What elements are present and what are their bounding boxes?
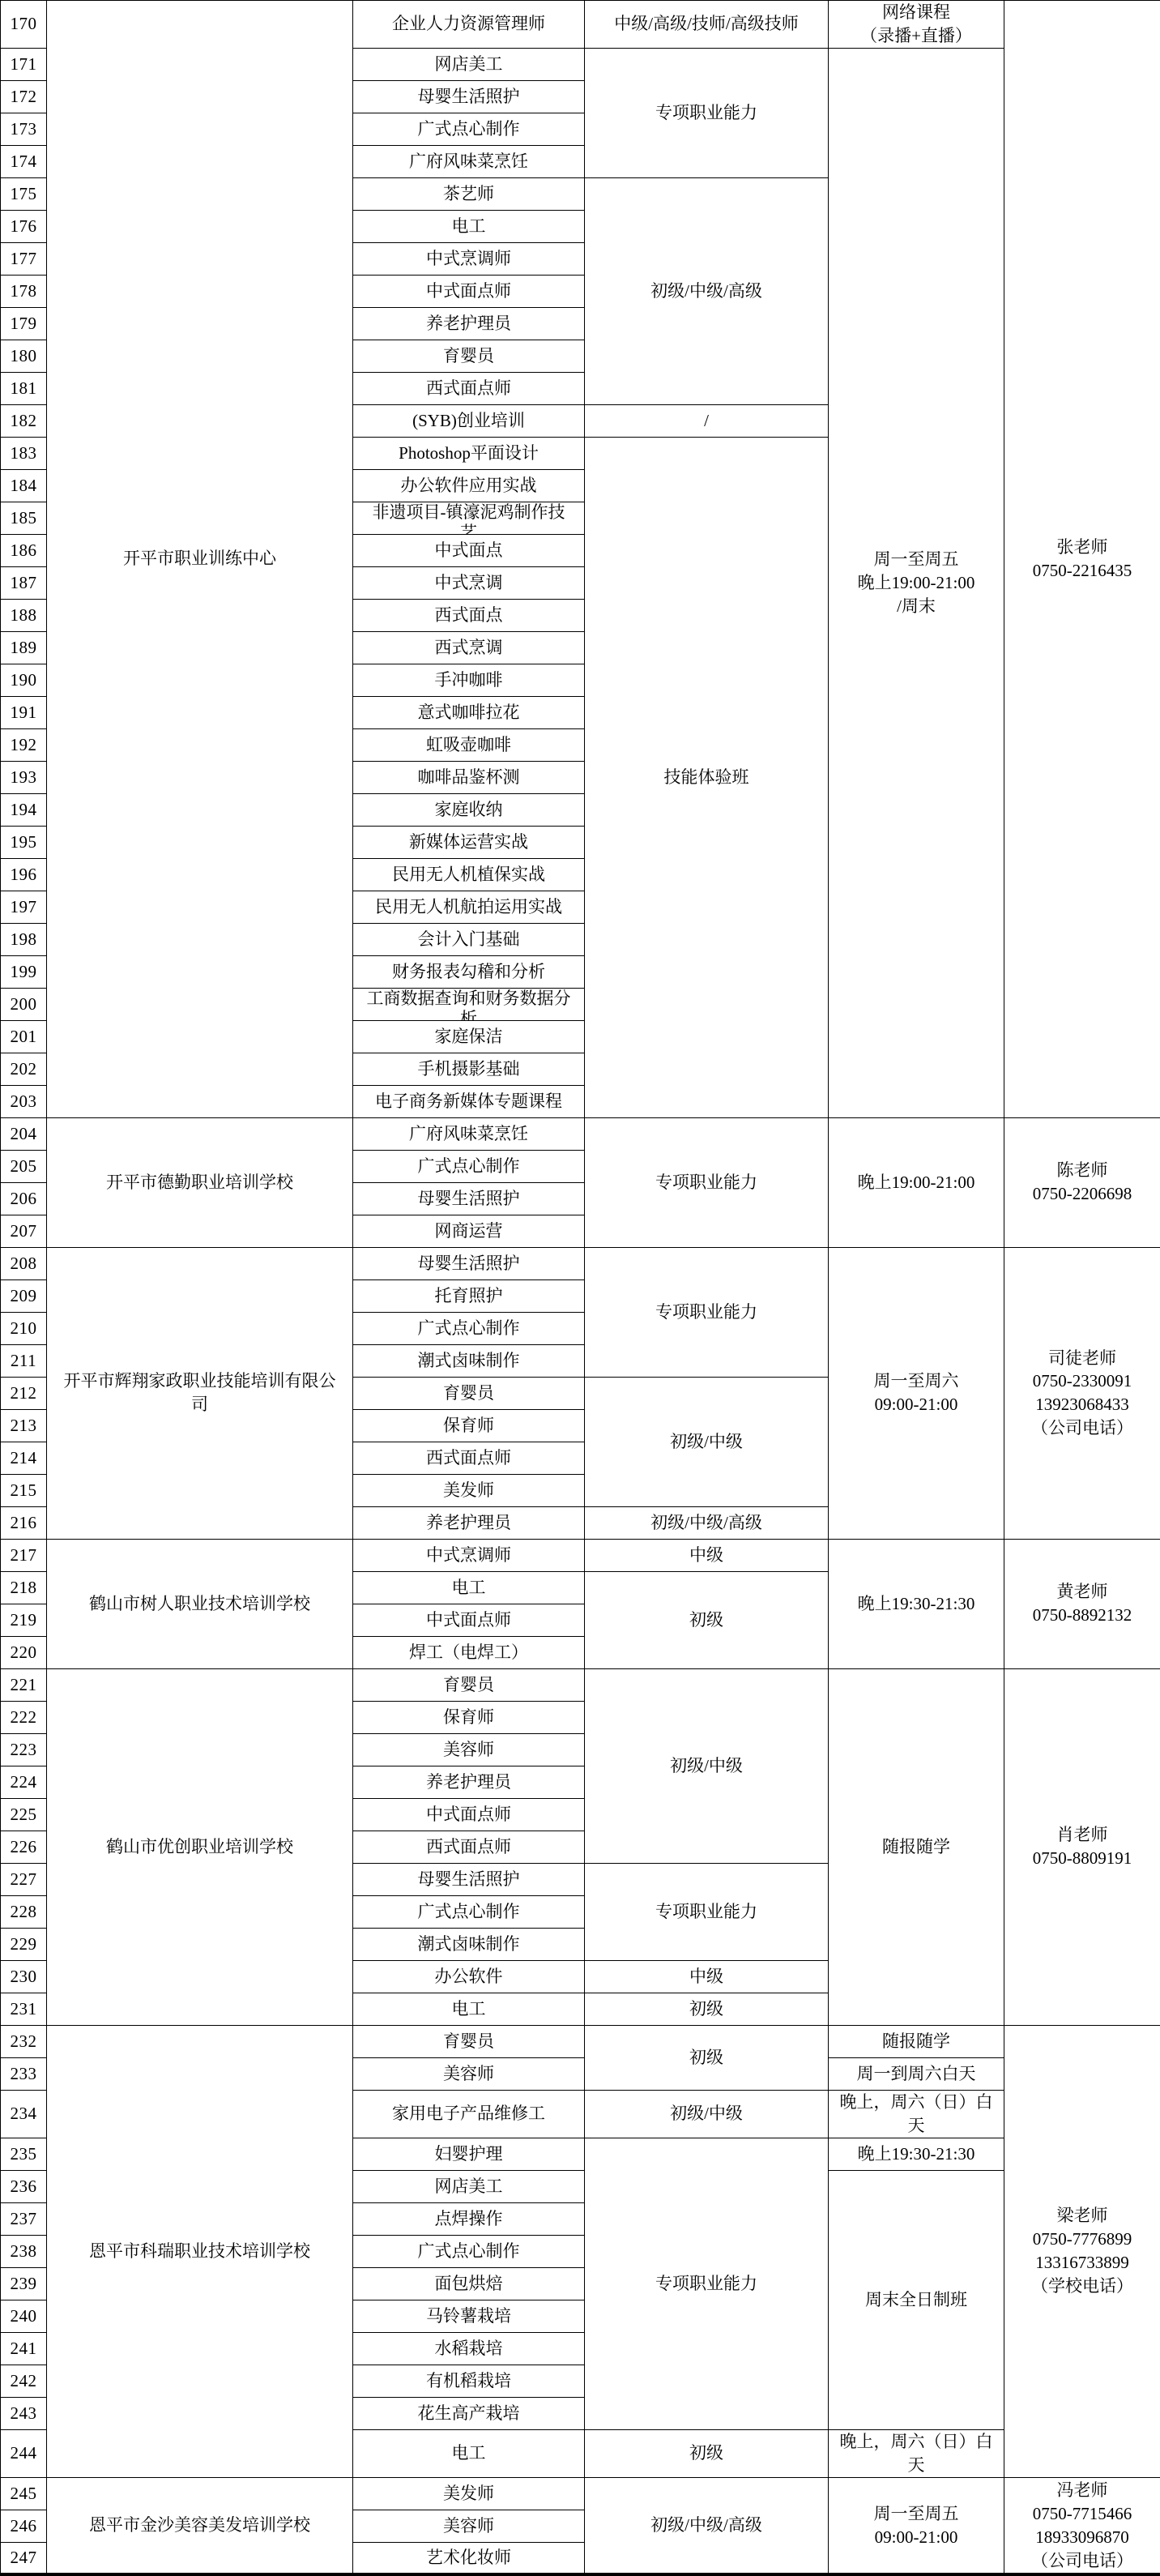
course-text: 家庭收纳 (355, 798, 582, 822)
course-cell: 广式点心制作 (353, 1312, 585, 1344)
schedule-text: 周一至周六 09:00-21:00 (830, 1369, 1002, 1416)
row-number-cell: 246 (1, 2510, 47, 2542)
course-text: 网商运营 (355, 1220, 582, 1243)
schedule-cell: 晚上，周六（日）白 天 (829, 2429, 1004, 2477)
row-number-cell: 196 (1, 858, 47, 891)
row-number-cell: 205 (1, 1150, 47, 1182)
spreadsheet-page: 170开平市职业训练中心企业人力资源管理师中级/高级/技师/高级技师网络课程 （… (0, 0, 1160, 2576)
schedule-text: 周一到周六白天 (830, 2062, 1002, 2086)
schedule-cell: 周一到周六白天 (829, 2057, 1004, 2090)
row-number-cell: 183 (1, 437, 47, 469)
course-text: 育婴员 (355, 1382, 582, 1405)
no-text: 203 (2, 1090, 45, 1113)
course-cell: 茶艺师 (353, 177, 585, 210)
course-cell: 会计入门基础 (353, 923, 585, 955)
course-cell: 手机摄影基础 (353, 1053, 585, 1085)
course-cell: 美容师 (353, 1733, 585, 1766)
course-cell: 中式烹调 (353, 566, 585, 599)
row-number-cell: 213 (1, 1409, 47, 1442)
training-courses-table: 170开平市职业训练中心企业人力资源管理师中级/高级/技师/高级技师网络课程 （… (0, 0, 1160, 2576)
institution-cell: 开平市德勤职业培训学校 (47, 1117, 353, 1247)
course-text: 西式面点师 (355, 1446, 582, 1470)
row-number-cell: 222 (1, 1701, 47, 1733)
no-text: 209 (2, 1284, 45, 1308)
course-cell: 广府风味菜烹饪 (353, 1117, 585, 1150)
course-text: 马铃薯栽培 (355, 2305, 582, 2328)
row-number-cell: 219 (1, 1604, 47, 1636)
no-text: 242 (2, 2369, 45, 2393)
no-text: 199 (2, 960, 45, 984)
no-text: 172 (2, 85, 45, 109)
no-text: 188 (2, 604, 45, 627)
row-number-cell: 203 (1, 1085, 47, 1117)
row-number-cell: 233 (1, 2057, 47, 2090)
contact-cell: 陈老师 0750-2206698 (1004, 1117, 1160, 1247)
row-number-cell: 189 (1, 631, 47, 664)
row-number-cell: 190 (1, 664, 47, 696)
level-text: 初级/中级/高级 (586, 1511, 826, 1535)
course-text: 广式点心制作 (355, 1900, 582, 1924)
schedule-cell: 随报随学 (829, 1668, 1004, 2025)
contact-text: 陈老师 0750-2206698 (1006, 1159, 1158, 1206)
contact-cell: 冯老师 0750-7715466 18933096870 （公司电话） (1004, 2477, 1160, 2574)
course-text: 家用电子产品维修工 (355, 2102, 582, 2125)
row-number-cell: 180 (1, 340, 47, 372)
course-text: Photoshop平面设计 (355, 442, 582, 465)
course-text: 广式点心制作 (355, 2240, 582, 2263)
no-text: 190 (2, 669, 45, 692)
level-text: 初级/中级 (586, 1430, 826, 1454)
level-text: 技能体验班 (586, 766, 826, 789)
no-text: 174 (2, 150, 45, 173)
institution-cell: 恩平市科瑞职业技术培训学校 (47, 2025, 353, 2477)
no-text: 201 (2, 1025, 45, 1049)
course-text: 养老护理员 (355, 1771, 582, 1794)
course-cell: 中式面点师 (353, 1604, 585, 1636)
no-text: 194 (2, 798, 45, 822)
level-cell: 初级/中级 (585, 1377, 829, 1506)
course-cell: 新媒体运营实战 (353, 826, 585, 858)
course-cell: 中式烹调师 (353, 242, 585, 275)
no-text: 196 (2, 863, 45, 886)
row-number-cell: 216 (1, 1506, 47, 1539)
course-cell: 家庭收纳 (353, 793, 585, 826)
course-text: 潮式卤味制作 (355, 1933, 582, 1956)
course-cell: 美发师 (353, 2477, 585, 2510)
level-cell: 初级/中级 (585, 2090, 829, 2138)
no-text: 179 (2, 312, 45, 335)
course-cell: 网商运营 (353, 1215, 585, 1247)
row-number-cell: 228 (1, 1895, 47, 1928)
institution-text: 开平市职业训练中心 (49, 547, 351, 570)
no-text: 206 (2, 1187, 45, 1211)
row-number-cell: 229 (1, 1928, 47, 1960)
course-text: 点焊操作 (355, 2207, 582, 2231)
no-text: 178 (2, 280, 45, 303)
course-text: 托育照护 (355, 1284, 582, 1308)
course-text: 广府风味菜烹饪 (355, 150, 582, 173)
course-cell: 虹吸壶咖啡 (353, 728, 585, 761)
course-cell: 中式烹调师 (353, 1539, 585, 1571)
row-number-cell: 226 (1, 1831, 47, 1863)
course-cell: 咖啡品鉴杯测 (353, 761, 585, 793)
no-text: 198 (2, 928, 45, 951)
course-text: 妇婴护理 (355, 2142, 582, 2166)
table-row: 245恩平市金沙美容美发培训学校美发师初级/中级/高级周一至周五 09:00-2… (1, 2477, 1160, 2510)
no-text: 224 (2, 1771, 45, 1794)
course-text: 美容师 (355, 1738, 582, 1762)
course-text: 网店美工 (355, 53, 582, 76)
level-text: 初级/中级 (586, 2102, 826, 2125)
course-text: 办公软件应用实战 (355, 474, 582, 498)
no-text: 187 (2, 571, 45, 595)
course-cell: 托育照护 (353, 1279, 585, 1312)
course-cell: 电工 (353, 1993, 585, 2025)
contact-cell: 黄老师 0750-8892132 (1004, 1539, 1160, 1668)
no-text: 182 (2, 409, 45, 433)
course-text: 广式点心制作 (355, 117, 582, 141)
course-text: 育婴员 (355, 344, 582, 368)
course-text: 母婴生活照护 (355, 1868, 582, 1891)
course-text: 美容师 (355, 2514, 582, 2538)
row-number-cell: 187 (1, 566, 47, 599)
level-cell: 初级 (585, 1571, 829, 1668)
row-number-cell: 221 (1, 1668, 47, 1701)
course-text: 意式咖啡拉花 (355, 701, 582, 724)
course-text: 广式点心制作 (355, 1155, 582, 1178)
contact-text: 肖老师 0750-8809191 (1006, 1823, 1158, 1870)
no-text: 239 (2, 2272, 45, 2296)
course-cell: 中式面点 (353, 534, 585, 566)
level-cell: 专项职业能力 (585, 2138, 829, 2429)
schedule-cell: 周一至周六 09:00-21:00 (829, 1247, 1004, 1539)
no-text: 170 (2, 12, 45, 36)
no-text: 245 (2, 2482, 45, 2506)
schedule-text: 随报随学 (830, 1835, 1002, 1859)
no-text: 233 (2, 2062, 45, 2086)
level-text: 初级/中级 (586, 1754, 826, 1778)
level-text: 专项职业能力 (586, 1900, 826, 1924)
level-cell: 初级 (585, 1993, 829, 2025)
course-text: 网店美工 (355, 2175, 582, 2198)
level-text: 中级 (586, 1965, 826, 1989)
level-text: 初级 (586, 2441, 826, 2465)
course-text: 办公软件 (355, 1965, 582, 1989)
course-cell: 广府风味菜烹饪 (353, 145, 585, 177)
institution-cell: 开平市职业训练中心 (47, 1, 353, 1118)
contact-text: 张老师 0750-2216435 (1006, 536, 1158, 583)
no-text: 228 (2, 1900, 45, 1924)
course-text: 西式烹调 (355, 636, 582, 660)
course-text: 中式面点 (355, 539, 582, 562)
no-text: 221 (2, 1673, 45, 1697)
no-text: 244 (2, 2441, 45, 2465)
course-cell: 母婴生活照护 (353, 1247, 585, 1279)
table-row: 232恩平市科瑞职业技术培训学校育婴员初级随报随学梁老师 0750-777689… (1, 2025, 1160, 2057)
row-number-cell: 245 (1, 2477, 47, 2510)
row-number-cell: 243 (1, 2397, 47, 2429)
row-number-cell: 217 (1, 1539, 47, 1571)
row-number-cell: 193 (1, 761, 47, 793)
no-text: 223 (2, 1738, 45, 1762)
course-cell: 西式面点师 (353, 372, 585, 404)
course-cell: 育婴员 (353, 1377, 585, 1409)
no-text: 227 (2, 1868, 45, 1891)
row-number-cell: 238 (1, 2235, 47, 2267)
institution-text: 鹤山市树人职业技术培训学校 (49, 1592, 351, 1616)
row-number-cell: 223 (1, 1733, 47, 1766)
row-number-cell: 177 (1, 242, 47, 275)
institution-cell: 恩平市金沙美容美发培训学校 (47, 2477, 353, 2574)
no-text: 193 (2, 766, 45, 789)
schedule-cell: 周一至周五 09:00-21:00 (829, 2477, 1004, 2574)
row-number-cell: 218 (1, 1571, 47, 1604)
no-text: 235 (2, 2142, 45, 2166)
no-text: 211 (2, 1349, 45, 1373)
course-text: 会计入门基础 (355, 928, 582, 951)
course-cell: 电工 (353, 210, 585, 242)
level-cell: 专项职业能力 (585, 1247, 829, 1377)
level-text: 初级 (586, 1608, 826, 1632)
institution-text: 恩平市科瑞职业技术培训学校 (49, 2240, 351, 2263)
course-cell: 保育师 (353, 1409, 585, 1442)
course-cell: 电子商务新媒体专题课程 (353, 1085, 585, 1117)
course-cell: 西式面点师 (353, 1831, 585, 1863)
no-text: 236 (2, 2175, 45, 2198)
row-number-cell: 199 (1, 955, 47, 988)
row-number-cell: 241 (1, 2332, 47, 2365)
level-cell: 初级/中级/高级 (585, 177, 829, 404)
row-number-cell: 207 (1, 1215, 47, 1247)
no-text: 195 (2, 831, 45, 854)
course-text: 中式烹调师 (355, 1544, 582, 1567)
no-text: 208 (2, 1252, 45, 1275)
schedule-text: 晚上，周六（日）白 天 (830, 2430, 1002, 2477)
row-number-cell: 240 (1, 2300, 47, 2332)
row-number-cell: 204 (1, 1117, 47, 1150)
row-number-cell: 200 (1, 988, 47, 1020)
level-text: 专项职业能力 (586, 1301, 826, 1324)
course-text: 中式烹调师 (355, 247, 582, 271)
no-text: 231 (2, 1997, 45, 2021)
no-text: 200 (2, 993, 45, 1016)
institution-text: 恩平市金沙美容美发培训学校 (49, 2514, 351, 2537)
course-text: 母婴生活照护 (355, 85, 582, 109)
course-text: 咖啡品鉴杯测 (355, 766, 582, 789)
no-text: 219 (2, 1608, 45, 1632)
row-number-cell: 215 (1, 1474, 47, 1506)
level-cell: 中级 (585, 1960, 829, 1993)
course-cell: (SYB)创业培训 (353, 404, 585, 437)
table-row: 204开平市德勤职业培训学校广府风味菜烹饪专项职业能力晚上19:00-21:00… (1, 1117, 1160, 1150)
row-number-cell: 225 (1, 1798, 47, 1831)
no-text: 220 (2, 1641, 45, 1664)
row-number-cell: 179 (1, 307, 47, 340)
no-text: 186 (2, 539, 45, 562)
course-cell: 西式面点 (353, 599, 585, 631)
no-text: 192 (2, 733, 45, 757)
schedule-text: 晚上，周六（日）白 天 (830, 2091, 1002, 2138)
contact-cell: 司徒老师 0750-2330091 13923068433 （公司电话） (1004, 1247, 1160, 1539)
row-number-cell: 220 (1, 1636, 47, 1668)
course-text: 保育师 (355, 1706, 582, 1729)
course-text: 电工 (355, 1576, 582, 1600)
level-cell: 初级/中级 (585, 1668, 829, 1863)
course-cell: 育婴员 (353, 1668, 585, 1701)
course-cell: 花生高产栽培 (353, 2397, 585, 2429)
course-cell: 马铃薯栽培 (353, 2300, 585, 2332)
row-number-cell: 197 (1, 891, 47, 923)
no-text: 232 (2, 2030, 45, 2053)
course-cell: 广式点心制作 (353, 1150, 585, 1182)
schedule-cell: 随报随学 (829, 2025, 1004, 2057)
contact-cell: 梁老师 0750-7776899 13316733899 （学校电话） (1004, 2025, 1160, 2477)
course-cell: 美容师 (353, 2057, 585, 2090)
course-text: 广式点心制作 (355, 1317, 582, 1340)
no-text: 207 (2, 1220, 45, 1243)
contact-text: 黄老师 0750-8892132 (1006, 1580, 1158, 1627)
no-text: 210 (2, 1317, 45, 1340)
course-cell: 育婴员 (353, 2025, 585, 2057)
institution-text: 鹤山市优创职业培训学校 (49, 1835, 351, 1859)
no-text: 237 (2, 2207, 45, 2231)
course-cell: 中式面点师 (353, 1798, 585, 1831)
course-text: 电子商务新媒体专题课程 (355, 1090, 582, 1113)
row-number-cell: 182 (1, 404, 47, 437)
institution-text: 开平市辉翔家政职业技能培训有限公 司 (49, 1369, 351, 1416)
level-text: 初级 (586, 1997, 826, 2021)
course-cell: 电工 (353, 2429, 585, 2477)
course-text: 财务报表勾稽和分析 (355, 960, 582, 984)
course-cell: 家庭保洁 (353, 1020, 585, 1053)
course-cell: 办公软件应用实战 (353, 469, 585, 502)
course-text: (SYB)创业培训 (355, 409, 582, 433)
no-text: 226 (2, 1835, 45, 1859)
level-cell: 专项职业能力 (585, 48, 829, 177)
course-text: 广府风味菜烹饪 (355, 1122, 582, 1146)
row-number-cell: 237 (1, 2202, 47, 2235)
level-cell: 初级 (585, 2429, 829, 2477)
no-text: 184 (2, 474, 45, 498)
row-number-cell: 184 (1, 469, 47, 502)
table-row: 208开平市辉翔家政职业技能培训有限公 司母婴生活照护专项职业能力周一至周六 0… (1, 1247, 1160, 1279)
schedule-cell: 晚上19:30-21:30 (829, 1539, 1004, 1668)
level-text: 中级 (586, 1544, 826, 1567)
level-cell: 中级 (585, 1539, 829, 1571)
no-text: 241 (2, 2337, 45, 2360)
row-number-cell: 194 (1, 793, 47, 826)
course-cell: 西式烹调 (353, 631, 585, 664)
course-text: 中式面点师 (355, 1803, 582, 1826)
no-text: 240 (2, 2305, 45, 2328)
row-number-cell: 170 (1, 1, 47, 49)
no-text: 175 (2, 182, 45, 206)
level-cell: 初级/中级/高级 (585, 2477, 829, 2574)
schedule-text: 随报随学 (830, 2030, 1002, 2053)
row-number-cell: 173 (1, 113, 47, 145)
level-text: / (586, 409, 826, 433)
row-number-cell: 198 (1, 923, 47, 955)
course-cell: 潮式卤味制作 (353, 1344, 585, 1377)
level-text: 专项职业能力 (586, 1171, 826, 1194)
level-cell: 专项职业能力 (585, 1863, 829, 1960)
course-text: 民用无人机植保实战 (355, 863, 582, 886)
level-cell: 初级/中级/高级 (585, 1506, 829, 1539)
course-cell: 水稻栽培 (353, 2332, 585, 2365)
course-text: 面包烘焙 (355, 2272, 582, 2296)
row-number-cell: 185 (1, 502, 47, 534)
institution-cell: 鹤山市优创职业培训学校 (47, 1668, 353, 2025)
row-number-cell: 181 (1, 372, 47, 404)
row-number-cell: 231 (1, 1993, 47, 2025)
table-row: 217鹤山市树人职业技术培训学校中式烹调师中级晚上19:30-21:30黄老师 … (1, 1539, 1160, 1571)
row-number-cell: 224 (1, 1766, 47, 1798)
course-cell: 保育师 (353, 1701, 585, 1733)
course-cell: 财务报表勾稽和分析 (353, 955, 585, 988)
row-number-cell: 236 (1, 2170, 47, 2202)
course-text: 水稻栽培 (355, 2337, 582, 2360)
no-text: 204 (2, 1122, 45, 1146)
schedule-cell: 晚上，周六（日）白 天 (829, 2090, 1004, 2138)
course-cell: 养老护理员 (353, 1506, 585, 1539)
course-text: 潮式卤味制作 (355, 1349, 582, 1373)
no-text: 214 (2, 1446, 45, 1470)
no-text: 180 (2, 344, 45, 368)
course-cell: 育婴员 (353, 340, 585, 372)
table-row: 221鹤山市优创职业培训学校育婴员初级/中级随报随学肖老师 0750-88091… (1, 1668, 1160, 1701)
course-text: 育婴员 (355, 2030, 582, 2053)
course-cell: 母婴生活照护 (353, 1182, 585, 1215)
level-text: 初级/中级/高级 (586, 2514, 826, 2537)
no-text: 202 (2, 1057, 45, 1081)
schedule-text: 网络课程 （录播+直播） (830, 1, 1002, 48)
course-cell: 广式点心制作 (353, 2235, 585, 2267)
no-text: 177 (2, 247, 45, 271)
course-cell: 工商数据查询和财务数据分 析 (353, 988, 585, 1020)
row-number-cell: 211 (1, 1344, 47, 1377)
no-text: 218 (2, 1576, 45, 1600)
level-text: 初级/中级/高级 (586, 280, 826, 303)
course-text: 中式面点师 (355, 1608, 582, 1632)
course-text: 西式面点师 (355, 1835, 582, 1859)
row-number-cell: 195 (1, 826, 47, 858)
schedule-text: 晚上19:00-21:00 (830, 1171, 1002, 1194)
row-number-cell: 230 (1, 1960, 47, 1993)
course-text: 养老护理员 (355, 1511, 582, 1535)
course-text: 茶艺师 (355, 182, 582, 206)
table-row: 170开平市职业训练中心企业人力资源管理师中级/高级/技师/高级技师网络课程 （… (1, 1, 1160, 49)
no-text: 213 (2, 1414, 45, 1438)
level-cell: 专项职业能力 (585, 1117, 829, 1247)
schedule-cell: 周一至周五 晚上19:00-21:00 /周末 (829, 48, 1004, 1117)
row-number-cell: 178 (1, 275, 47, 307)
level-text: 中级/高级/技师/高级技师 (586, 12, 826, 36)
course-text: 民用无人机航拍运用实战 (355, 895, 582, 919)
row-number-cell: 212 (1, 1377, 47, 1409)
schedule-text: 周一至周五 09:00-21:00 (830, 2502, 1002, 2549)
row-number-cell: 172 (1, 80, 47, 113)
course-cell: 母婴生活照护 (353, 1863, 585, 1895)
course-cell: Photoshop平面设计 (353, 437, 585, 469)
course-cell: 美发师 (353, 1474, 585, 1506)
level-text: 专项职业能力 (586, 2272, 826, 2296)
row-number-cell: 171 (1, 48, 47, 80)
course-text: 虹吸壶咖啡 (355, 733, 582, 757)
no-text: 181 (2, 377, 45, 400)
level-text: 初级 (586, 2046, 826, 2070)
course-text: 中式面点师 (355, 280, 582, 303)
level-cell: 初级 (585, 2025, 829, 2090)
